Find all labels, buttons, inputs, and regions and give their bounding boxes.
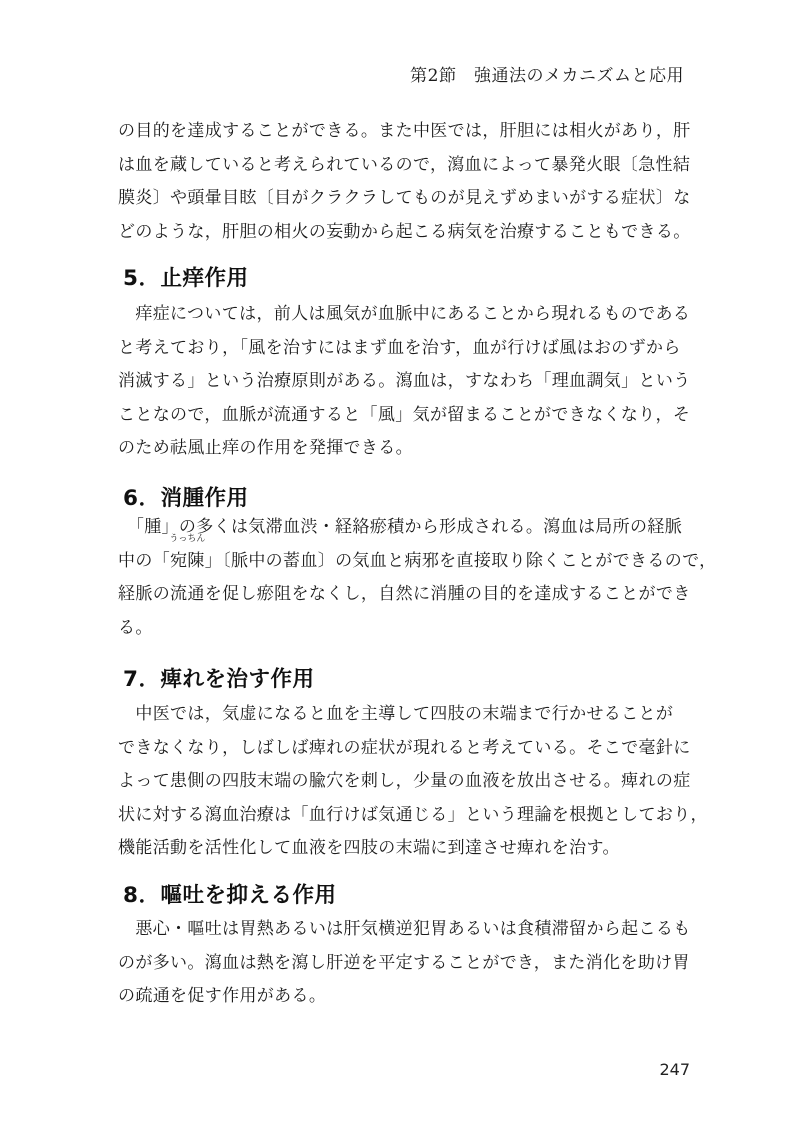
page-number: 247	[118, 1060, 690, 1080]
text-line: どのような，肝胆の相火の妄動から起こる病気を治療することもできる。	[118, 216, 684, 250]
running-header: 第2節 強通法のメカニズムと応用	[118, 66, 684, 87]
text-line: 膜炎〕や頭暈目眩〔目がクラクラしてものが見えずめまいがする症状〕な	[118, 182, 684, 216]
text-line: 中医では，気虚になると血を主導して四肢の末端まで行かせることが	[118, 698, 684, 732]
text-line: ことなので，血脈が流通すると「風」気が留まることができなくなり，そ	[118, 399, 684, 433]
text-line: と考えており，「風を治すにはまず血を治す，血が行けば風はおのずから	[118, 332, 684, 366]
text-line: 機能活動を活性化して血液を四肢の末端に到達させ痺れを治す。	[118, 832, 684, 866]
text-line: は血を蔵していると考えられているので，瀉血によって暴発火眼〔急性結	[118, 149, 684, 183]
ruby-annotated-word: うっちん宛陳	[170, 545, 205, 579]
text-line: 悪心・嘔吐は胃熱あるいは肝気横逆犯胃あるいは食積滞留から起こるも	[118, 913, 684, 947]
section-heading-7: 7．痺れを治す作用	[118, 666, 689, 694]
text-line: よって患側の四肢末端の腧穴を刺し，少量の血液を放出させる。痺れの症	[118, 765, 684, 799]
text-line: のため祛風止痒の作用を発揮できる。	[118, 432, 684, 466]
text-line: 痒症については，前人は風気が血脈中にあることから現れるものである	[118, 298, 684, 332]
section-7-paragraph: 中医では，気虚になると血を主導して四肢の末端まで行かせることが できなくなり，し…	[118, 698, 684, 866]
book-page: 第2節 強通法のメカニズムと応用 の目的を達成することができる。また中医では，肝…	[0, 0, 800, 1135]
text-line: 消滅する」という治療原則がある。瀉血は，すなわち「理血調気」という	[118, 365, 684, 399]
section-8-paragraph: 悪心・嘔吐は胃熱あるいは肝気横逆犯胃あるいは食積滞留から起こるも のが多い。瀉血…	[118, 913, 684, 1014]
text-segment: 中の「	[118, 551, 170, 571]
text-line: できなくなり，しばしば痺れの症状が現れると考えている。そこで毫針に	[118, 732, 684, 766]
section-heading-5: 5．止痒作用	[118, 265, 689, 293]
text-line: 経脈の流通を促し瘀阻をなくし，自然に消腫の目的を達成することができ	[118, 578, 684, 612]
section-heading-6: 6．消腫作用	[118, 485, 689, 513]
ruby-base: 宛陳	[170, 551, 205, 571]
section-6-paragraph: 「腫」の多くは気滞血渋・経絡瘀積から形成される。瀉血は局所の経脈 中の「うっちん…	[118, 511, 684, 645]
furigana: うっちん	[169, 535, 205, 544]
text-line: のが多い。瀉血は熱を瀉し肝逆を平定することができ，また消化を助け胃	[118, 947, 684, 981]
section-heading-8: 8．嘔吐を抑える作用	[118, 882, 689, 910]
text-segment: 」〔脈中の蓄血〕の気血と病邪を直接取り除くことができるので，	[205, 551, 717, 571]
section-5-paragraph: 痒症については，前人は風気が血脈中にあることから現れるものである と考えており，…	[118, 298, 684, 466]
text-line: 状に対する瀉血治療は「血行けば気通じる」という理論を根拠としており，	[118, 799, 684, 833]
text-line-with-ruby: 中の「うっちん宛陳」〔脈中の蓄血〕の気血と病邪を直接取り除くことができるので，	[118, 545, 684, 579]
text-line: の疏通を促す作用がある。	[118, 980, 684, 1014]
text-line: る。	[118, 612, 684, 646]
text-line: の目的を達成することができる。また中医では，肝胆には相火があり，肝	[118, 115, 684, 149]
intro-paragraph: の目的を達成することができる。また中医では，肝胆には相火があり，肝 は血を蔵して…	[118, 115, 684, 249]
